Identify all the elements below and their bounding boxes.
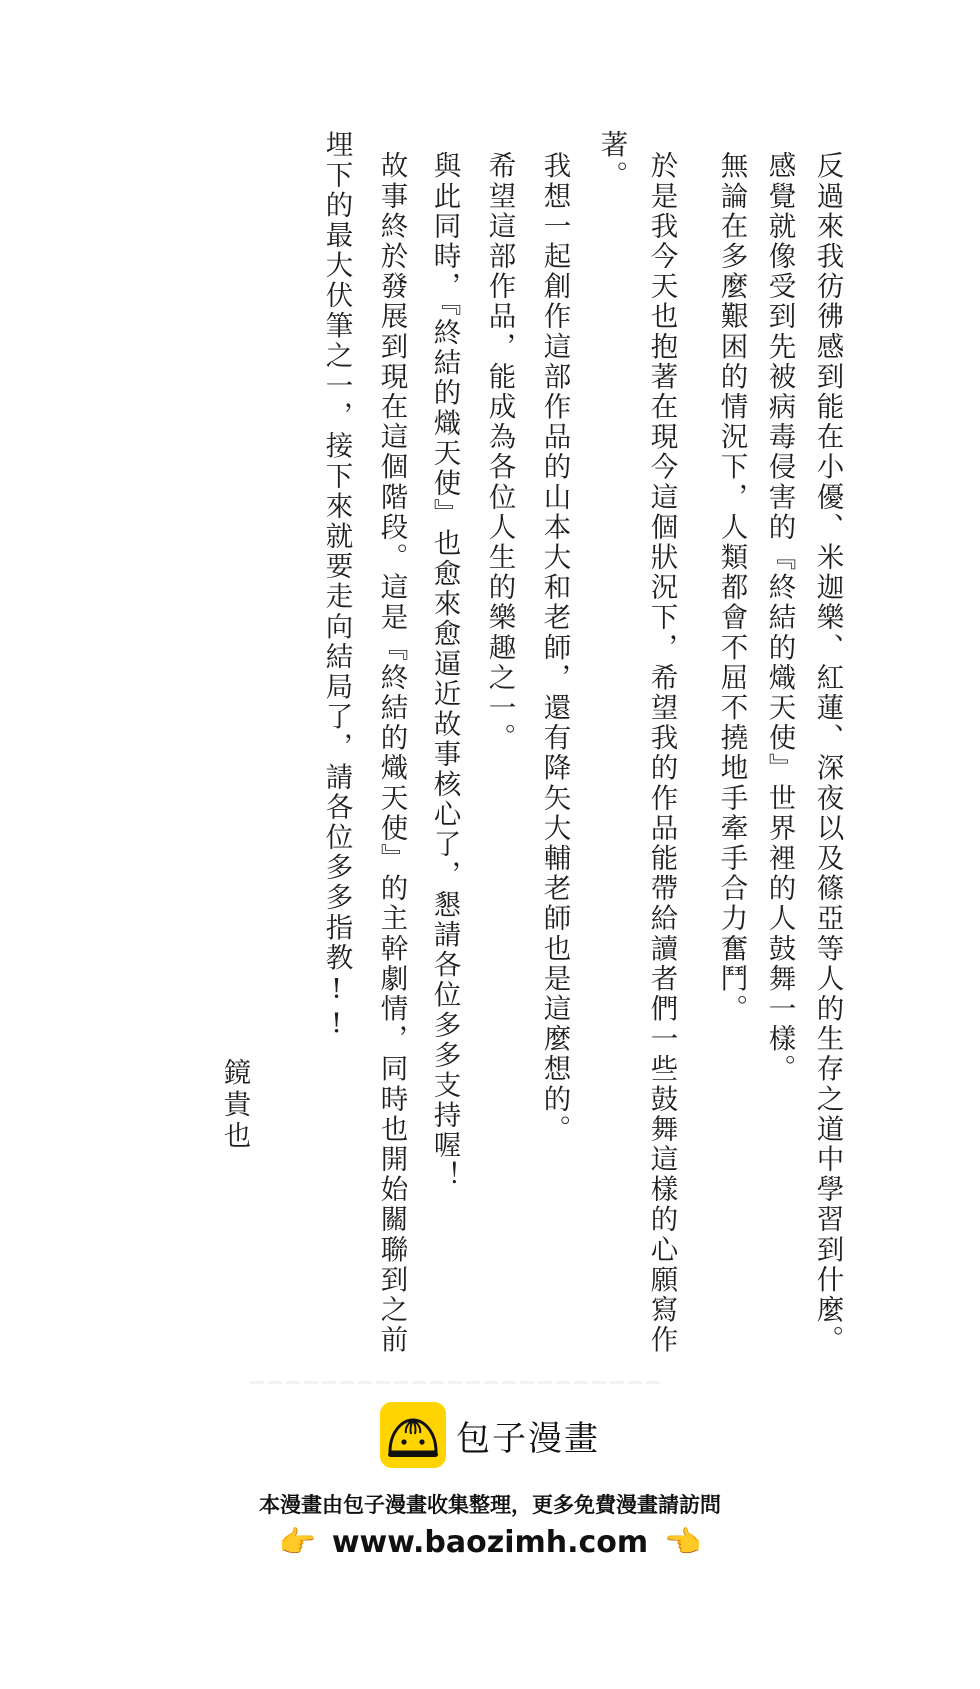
text-column-9: 故事終於發展到現在這個階段。這是『終結的熾天使』的主幹劇情，同時也開始關聯到之前 — [377, 151, 405, 1355]
watermark-caption: 本漫畫由包子漫畫收集整理，更多免費漫畫請訪問 — [0, 1489, 980, 1519]
watermark-footer: 包子漫畫 本漫畫由包子漫畫收集整理，更多免費漫畫請訪問 👉 www.baozim… — [0, 1395, 980, 1560]
brand-row[interactable]: 包子漫畫 — [0, 1395, 980, 1475]
text-column-5: 著。 — [597, 130, 625, 190]
author-signature: 鏡貴也 — [220, 1058, 248, 1153]
text-column-1: 反過來我彷彿感到能在小優、米迦樂、紅蓮、深夜以及篠亞等人的生存之道中學習到什麼。 — [813, 151, 841, 1355]
manga-page: 反過來我彷彿感到能在小優、米迦樂、紅蓮、深夜以及篠亞等人的生存之道中學習到什麼。… — [0, 0, 980, 1689]
baozi-logo-icon — [380, 1402, 446, 1468]
brand-name: 包子漫畫 — [456, 1411, 600, 1460]
text-column-3: 無論在多麼艱困的情況下，人類都會不屈不撓地手牽手合力奮鬥。 — [717, 151, 745, 1024]
text-column-2: 感覺就像受到先被病毒侵害的『終結的熾天使』世界裡的人鼓舞一樣。 — [765, 151, 793, 1084]
text-column-8: 與此同時，『終結的熾天使』也愈來愈逼近故事核心了，懇請各位多多支持喔！ — [430, 151, 458, 1191]
site-url-link[interactable]: www.baozimh.com — [332, 1525, 648, 1560]
text-column-4: 於是我今天也抱著在現今這個狀況下，希望我的作品能帶給讀者們一些鼓舞這樣的心願寫作 — [647, 151, 675, 1355]
pointing-right-hand-icon: 👉 — [278, 1528, 315, 1558]
pointing-left-hand-icon: 👈 — [664, 1528, 701, 1558]
text-column-10: 埋下的最大伏筆之一，接下來就要走向結局了，請各位多多指教!! — [322, 130, 350, 1042]
url-row[interactable]: 👉 www.baozimh.com 👈 — [0, 1525, 980, 1560]
text-column-7: 希望這部作品，能成為各位人生的樂趣之一。 — [485, 151, 513, 753]
divider — [250, 1381, 660, 1384]
text-column-6: 我想一起創作這部作品的山本大和老師，還有降矢大輔老師也是這麼想的。 — [540, 151, 568, 1144]
